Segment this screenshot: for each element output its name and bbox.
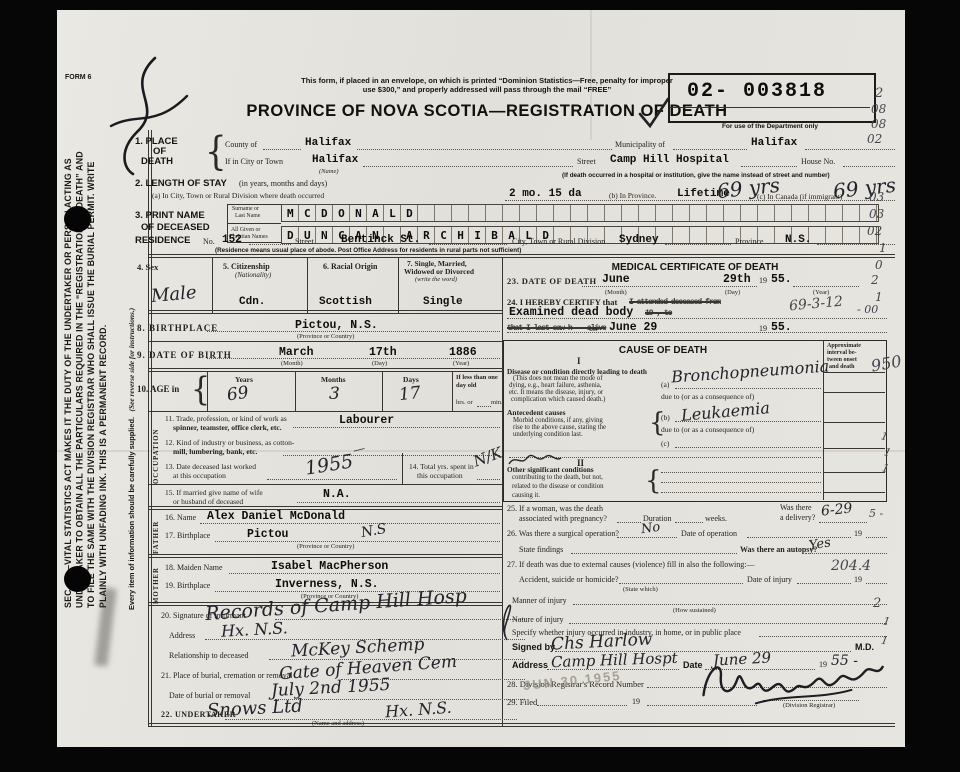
- interval-header: Approximate: [827, 343, 861, 349]
- death-month-value: June: [602, 273, 630, 286]
- other-conditions-label: causing it.: [512, 492, 540, 499]
- day-sublabel: (Day): [372, 360, 387, 367]
- dotted-line: [249, 244, 291, 245]
- dotted-line: [429, 244, 507, 245]
- father-birthplace-label: 17. Birthplace: [165, 531, 210, 540]
- cause-b-label: (b): [661, 413, 670, 422]
- spouse-label: or husband of deceased: [173, 497, 243, 506]
- dotted-line: [477, 479, 500, 480]
- pencil-mark: 0: [875, 258, 883, 272]
- print-name-label: 3. PRINT NAME: [135, 210, 205, 221]
- spouse-value: N.A.: [323, 488, 351, 501]
- dotted-line: [675, 447, 821, 448]
- death-day-value: 29th: [723, 273, 751, 286]
- divider: [148, 557, 502, 558]
- dotted-line: [263, 149, 301, 150]
- divider: [148, 254, 895, 255]
- address-label: Address: [512, 660, 548, 670]
- brace: {: [645, 466, 662, 496]
- delivery-handwriting: 6-29: [820, 500, 853, 519]
- write-word-sublabel: (write the word): [415, 276, 457, 283]
- antecedent-label: rise to the above cause, stating the: [513, 424, 606, 431]
- dotted-line: [661, 472, 821, 473]
- total-years-label: 14. Total yrs. spent in: [409, 462, 474, 471]
- last-worked-label: 13. Date deceased last worked: [165, 462, 256, 471]
- punch-hole: [64, 206, 91, 232]
- pencil-code: 204.4: [831, 558, 871, 574]
- pregnancy-label: 25. If a woman, was the death: [507, 504, 603, 513]
- month-sublabel: (Month): [281, 360, 303, 367]
- brace: {: [205, 129, 227, 175]
- year-prefix: 19: [854, 529, 862, 538]
- mother-maiden-label: 18. Maiden Name: [165, 563, 223, 572]
- residence-note: (Residence means usual place of abode. P…: [215, 247, 521, 254]
- form-number: FORM 6: [65, 74, 91, 81]
- municipality-label: Municipality of: [615, 140, 665, 149]
- name-sublabel: (Name): [319, 168, 339, 175]
- punch-hole: [64, 566, 91, 592]
- dotted-line: [363, 166, 573, 167]
- mother-section-label: MOTHER: [153, 562, 163, 604]
- dotted-line: [275, 699, 525, 700]
- stay-province-label: (b) In Province.: [609, 191, 656, 200]
- dotted-line: [805, 149, 895, 150]
- father-name-value: Alex Daniel McDonald: [207, 510, 345, 523]
- sex-label: 4. Sex: [137, 262, 158, 272]
- marital-status-value: Single: [423, 296, 463, 308]
- dotted-line: [759, 636, 887, 637]
- pregnancy-label: associated with pregnancy?: [519, 514, 607, 523]
- dotted-line: [357, 149, 612, 150]
- dotted-line: [805, 553, 887, 554]
- dotted-line: [866, 537, 887, 538]
- dotted-line: [569, 623, 887, 624]
- dotted-line: [229, 573, 500, 574]
- disease-label: (This does not mean the mode of: [513, 375, 602, 382]
- dotted-line: [661, 482, 821, 483]
- occupation-section-label: OCCUPATION: [153, 414, 163, 484]
- divider: [670, 107, 870, 108]
- other-conditions-label: contributing to the death, but not,: [512, 474, 603, 481]
- residence-label: RESIDENCE: [135, 235, 190, 246]
- dotted-line: [573, 604, 887, 605]
- mother-birthplace-label: 19. Birthplace: [165, 581, 210, 590]
- dotted-line: [843, 166, 895, 167]
- how-sustained-sublabel: (How sustained): [673, 607, 716, 614]
- year-sublabel: (Year): [453, 360, 469, 367]
- divider: [307, 257, 308, 313]
- citizenship-value: Cdn.: [239, 296, 265, 308]
- age-years-value: 69: [226, 383, 250, 406]
- manner-of-injury-label: Manner of injury: [512, 596, 567, 605]
- cause-c-label: (c): [661, 439, 669, 448]
- relationship-label: Relationship to deceased: [169, 651, 249, 660]
- injury-date-label: Date of injury: [747, 575, 792, 584]
- division-registrar-signature: [696, 645, 890, 714]
- house-no-label: House No.: [801, 157, 835, 166]
- pencil-mark: 03: [869, 190, 884, 204]
- cause-a-label: (a): [661, 380, 669, 389]
- external-causes-label: 27. If death was due to external causes …: [507, 560, 754, 569]
- pencil-mark: 2: [875, 86, 883, 101]
- other-conditions-label: related to the disease or condition: [512, 483, 604, 490]
- spouse-label: 15. If married give name of wife: [165, 488, 263, 497]
- state-findings-label: State findings: [519, 545, 563, 554]
- autopsy-value-handwriting: Yes: [808, 535, 832, 554]
- burial-place-label: 21. Place of burial, cremation or remova…: [161, 671, 293, 680]
- dotted-line: [267, 479, 397, 480]
- disease-label: complication which caused death.): [511, 396, 605, 403]
- dotted-line: [797, 583, 851, 584]
- year-prefix: 19: [854, 575, 862, 584]
- surname-value: MCDONALD: [287, 207, 423, 220]
- informant-address-handwriting: Hx. N.S.: [221, 618, 289, 640]
- delivery-label: Was there: [780, 503, 812, 512]
- antecedent-label: underlying condition last.: [513, 431, 583, 438]
- pencil-mark: 03: [869, 207, 884, 221]
- residence-city-label: City, Town or Rural Division: [512, 237, 605, 246]
- antecedent-label: Morbid conditions, if any, giving: [513, 417, 603, 424]
- pencil-mark: 08: [871, 102, 886, 116]
- dotted-line: [537, 705, 627, 706]
- occupation-value: Labourer: [339, 414, 394, 427]
- racial-origin-value: Scottish: [319, 296, 372, 308]
- pencil-tick: 1: [880, 429, 890, 443]
- dotted-line: [297, 502, 500, 503]
- operation-date-label: Date of operation: [681, 529, 737, 538]
- age-days-value: 17: [398, 383, 422, 405]
- divider: [148, 341, 502, 342]
- county-label: County of: [225, 140, 257, 149]
- accident-label: Accident, suicide or homicide?: [519, 575, 619, 584]
- citizenship-label: 5. Citizenship: [223, 262, 270, 271]
- antecedent-label: Antecedent causes: [507, 408, 566, 417]
- pencil-mark: 1: [879, 241, 887, 255]
- certificate-paper: SEC. 46—VITAL STATISTICS ACT MAKES IT TH…: [57, 10, 905, 747]
- pencil-mark: 02: [867, 224, 882, 238]
- divider: [148, 411, 502, 412]
- scanned-death-certificate: { "header":{ "form_no":"FORM 6", "notice…: [0, 0, 960, 772]
- total-years-value: N/K: [471, 444, 505, 471]
- mother-maiden-value: Isabel MacPherson: [271, 560, 388, 573]
- month-sublabel: (Month): [605, 289, 627, 296]
- county-value: Halifax: [305, 137, 351, 149]
- last-worked-label: at this occupation: [173, 471, 226, 480]
- divider: [148, 368, 502, 369]
- surname-letter-grid: MCDONALD: [281, 204, 879, 222]
- pencil-mark: 2: [873, 596, 881, 611]
- check-mark: [637, 96, 671, 130]
- residence-street-label: Street: [295, 237, 314, 246]
- divider: [148, 726, 895, 727]
- industry-label: mill, lumbering, bank, etc.: [173, 447, 257, 456]
- residence-no-value: 152: [222, 234, 242, 246]
- disease-label: dying, e.g., heart failure, asthenia,: [509, 382, 601, 389]
- struck-text: 19 , to: [645, 309, 672, 318]
- roman-numeral-one: I: [577, 356, 581, 366]
- print-name-label: OF DECEASED: [141, 222, 210, 233]
- dotted-line: [207, 331, 500, 332]
- dotted-line: [673, 149, 747, 150]
- surname-sublabel: Surname or: [232, 206, 259, 212]
- day-sublabel: (Day): [725, 289, 740, 296]
- undertaker-handwriting: Snows Ltd: [207, 696, 304, 722]
- city-value: Halifax: [312, 154, 358, 166]
- name-address-sublabel: (Name and address): [312, 720, 364, 727]
- municipality-value: Halifax: [751, 137, 797, 149]
- dotted-line: [293, 427, 500, 428]
- dotted-line: [661, 492, 821, 493]
- pencil-mark: 02: [867, 132, 882, 146]
- dotted-line: [866, 583, 887, 584]
- operation-value-handwriting: No: [640, 520, 661, 538]
- dotted-line: [582, 286, 757, 287]
- residence-no-label: No.: [203, 237, 215, 246]
- weeks-label: weeks.: [705, 514, 727, 523]
- cause-of-death-title: CAUSE OF DEATH: [503, 345, 823, 356]
- divider: [148, 554, 502, 555]
- divider: [148, 506, 502, 507]
- divider: [402, 453, 403, 484]
- signed-by-label: Signed by: [512, 642, 555, 652]
- year-prefix: 19: [759, 276, 767, 285]
- serial-caption: For use of the Department only: [668, 123, 872, 130]
- dotted-line: [507, 318, 887, 319]
- less-than-day-label: If less than one day old: [456, 374, 500, 389]
- date-of-death-label: 23. DATE OF DEATH: [507, 276, 597, 286]
- dotted-line: [675, 421, 821, 422]
- divider: [295, 371, 296, 411]
- father-birthplace-handwriting: N.S: [360, 521, 388, 541]
- length-of-stay-label: 2. LENGTH OF STAY: [135, 178, 227, 189]
- divider: [382, 371, 383, 411]
- dotted-line: [675, 388, 821, 389]
- dotted-line: [505, 200, 895, 201]
- brace: {: [191, 370, 210, 409]
- interval-header: interval be-: [827, 350, 857, 356]
- divider: [148, 313, 502, 314]
- dotted-line: [747, 537, 851, 538]
- hours-label: hrs. or: [456, 399, 473, 406]
- death-year-value: 55.: [771, 273, 792, 286]
- street-label: Street: [577, 157, 596, 166]
- interval-header: and death: [829, 364, 855, 370]
- dotted-line: [619, 583, 743, 584]
- struck-text: I attended deceased from: [629, 298, 720, 307]
- divider: [823, 422, 885, 423]
- divider: [227, 204, 281, 205]
- pencil-tick: 1: [881, 461, 891, 475]
- place-of-death-label: DEATH: [141, 156, 173, 167]
- province-country-sublabel: (Province or Country): [297, 333, 354, 340]
- industry-label: 12. Kind of industry or business, as cot…: [165, 438, 294, 447]
- state-which-sublabel: (State which): [623, 586, 658, 593]
- medical-certificate-title: MEDICAL CERTIFICATE OF DEATH: [507, 262, 883, 273]
- dotted-line: [675, 522, 703, 523]
- dotted-line: [275, 619, 525, 620]
- sex-value-handwriting: Male: [150, 282, 197, 307]
- divider: [148, 484, 502, 485]
- residence-province-label: Province: [735, 237, 763, 246]
- divider: [823, 448, 885, 449]
- street-value: Camp Hill Hospital: [610, 154, 729, 166]
- informant-address-label: Address: [169, 631, 195, 640]
- divider: [227, 223, 281, 224]
- surname-sublabel: Last Name: [235, 213, 260, 219]
- undertaker-address-handwriting: Hx. N.S.: [384, 698, 452, 722]
- serial-number: 02- 003818: [687, 80, 827, 103]
- disease-label: etc. It means the disease, injury, or: [509, 389, 603, 396]
- pencil-mark: 5 -: [869, 507, 883, 520]
- dotted-line: [571, 553, 737, 554]
- stay-city-label: (a) In City, Town or Rural Division wher…: [152, 191, 324, 200]
- pencil-code: 69-3-12: [788, 294, 843, 315]
- dotted-line: [477, 406, 491, 407]
- pencil-mark: 1: [875, 290, 883, 304]
- hospital-note: (If death occurred in a hospital or inst…: [562, 172, 830, 179]
- age-label: 10. AGE in: [137, 384, 179, 394]
- divider: [823, 472, 885, 473]
- nature-of-injury-label: Nature of injury: [512, 615, 564, 624]
- year-prefix: 19: [632, 697, 640, 706]
- dotted-line: [215, 541, 500, 542]
- divider: [212, 257, 213, 313]
- given-names-sublabel: All Given or: [231, 227, 260, 233]
- operation-label: 26. Was there a surgical operation?: [507, 529, 619, 538]
- pencil-mark: 08: [871, 117, 886, 131]
- age-months-label: Months: [321, 375, 346, 384]
- dotted-line: [617, 522, 641, 523]
- mother-birthplace-value: Inverness, N.S.: [275, 578, 379, 591]
- pencil-mark: 2: [871, 273, 879, 287]
- length-of-stay-sublabel: (in years, months and days): [239, 179, 327, 188]
- marital-status-label: Widowed or Divorced: [404, 267, 474, 276]
- age-months-value: 3: [329, 384, 340, 404]
- divider: [398, 257, 399, 313]
- divider: [148, 310, 502, 311]
- dotted-line: [793, 286, 859, 287]
- dotted-line: [200, 523, 500, 524]
- residence-province-value: N.S.: [785, 234, 811, 246]
- divider: [823, 492, 885, 493]
- dotted-line: [507, 332, 887, 333]
- racial-origin-label: 6. Racial Origin: [323, 262, 377, 271]
- dotted-line: [665, 244, 731, 245]
- pencil-code-suffix: - 00: [857, 303, 878, 316]
- filed-date-stamp: JUN 30 1955: [522, 668, 622, 693]
- dotted-line: [819, 522, 867, 523]
- pencil-code: 950: [870, 351, 903, 375]
- residence-city-value: Sydney: [619, 234, 659, 246]
- margin-reverse-note: (See reverse side for instructions.): [127, 308, 136, 412]
- city-label: If in City or Town: [225, 157, 283, 166]
- father-name-label: 16. Name: [165, 513, 196, 522]
- stay-canada-handwriting: 69 yrs: [832, 173, 897, 203]
- pencil-mark: 1: [882, 614, 891, 628]
- dotted-line: [225, 719, 517, 720]
- minutes-label: min.: [491, 399, 503, 406]
- trade-label: 11. Trade, profession, or kind of work a…: [165, 414, 287, 423]
- nationality-sublabel: (Nationality): [235, 271, 271, 279]
- other-conditions-label: Other significant conditions: [507, 465, 594, 474]
- dotted-line: [617, 537, 677, 538]
- divider: [823, 392, 885, 393]
- trade-label: spinner, teamster, office clerk, etc.: [173, 423, 282, 432]
- divider: [148, 723, 895, 724]
- interval-header: tween onset: [827, 357, 857, 363]
- father-section-label: FATHER: [153, 512, 163, 554]
- province-country-sublabel: (Province or Country): [297, 543, 354, 550]
- dotted-line: [741, 166, 797, 167]
- pencil-tick: 1: [883, 445, 893, 459]
- father-birthplace-value: Pictou: [247, 528, 288, 541]
- total-years-label: this occupation: [417, 471, 463, 480]
- stay-city-value: 2 mo. 15 da: [509, 188, 582, 200]
- residence-street-value: Bentinck St.: [341, 234, 420, 246]
- due-to-label: due to (or as a consequence of): [661, 425, 754, 434]
- dotted-line: [207, 358, 500, 359]
- delivery-label: a delivery?: [780, 513, 815, 522]
- divider: [452, 371, 453, 411]
- margin-supplied-text: Every item of information should be care…: [127, 417, 136, 610]
- filed-label: 29. Filed: [507, 697, 537, 707]
- divider: [148, 257, 895, 258]
